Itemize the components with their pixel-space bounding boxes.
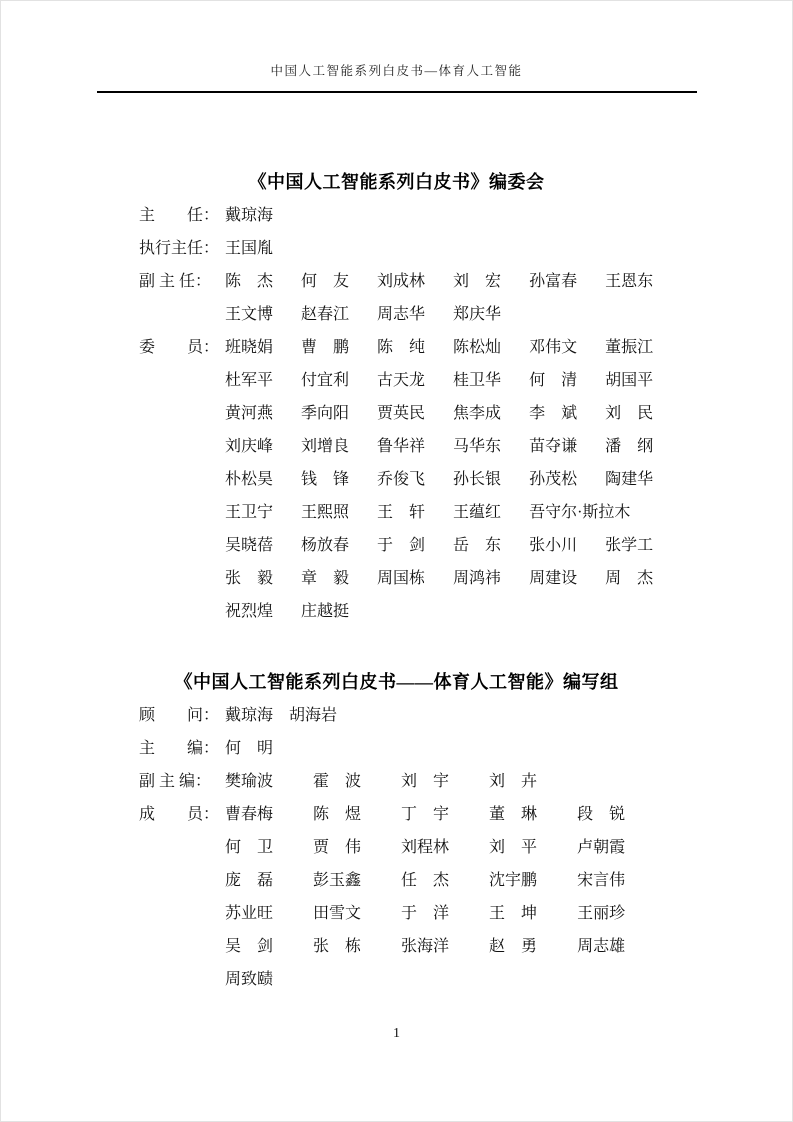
member-name: 周建设 — [529, 562, 577, 595]
name-line: 班晓娟曹 鹏陈 纯陈松灿邓伟文董振江 — [225, 331, 653, 364]
member-name: 周国栋 — [377, 562, 425, 595]
member-name: 黄河燕 — [225, 397, 273, 430]
member-name: 马华东 — [453, 430, 501, 463]
committee-row: 主 任：戴琼海 — [139, 199, 733, 232]
committee-row: 执行主任：王国胤 — [139, 232, 733, 265]
row-name-lines: 戴琼海胡海岩 — [225, 699, 337, 732]
member-name: 杜军平 — [225, 364, 273, 397]
committee-row: 委 员：班晓娟曹 鹏陈 纯陈松灿邓伟文董振江杜军平付宜利古天龙桂卫华何 清胡国平… — [139, 331, 733, 628]
member-name: 张 栋 — [313, 930, 361, 963]
member-name: 赵春江 — [301, 298, 349, 331]
row-name-lines: 戴琼海 — [225, 199, 273, 232]
member-name: 桂卫华 — [453, 364, 501, 397]
member-name: 贾 伟 — [313, 831, 361, 864]
member-name: 钱 锋 — [301, 463, 349, 496]
member-name: 王熙照 — [301, 496, 349, 529]
member-name: 杨放春 — [301, 529, 349, 562]
member-name: 胡国平 — [605, 364, 653, 397]
member-name: 章 毅 — [301, 562, 349, 595]
member-name: 王丽珍 — [577, 897, 625, 930]
member-name: 郑庆华 — [453, 298, 501, 331]
member-name: 陶建华 — [605, 463, 653, 496]
name-line: 王卫宁王熙照王 轩王蕴红吾守尔·斯拉木 — [225, 496, 653, 529]
member-name: 田雪文 — [313, 897, 361, 930]
member-name: 段 锐 — [577, 798, 625, 831]
member-name: 董 琳 — [489, 798, 537, 831]
member-name: 鲁华祥 — [377, 430, 425, 463]
member-name: 戴琼海 — [225, 699, 273, 732]
name-line: 何 明 — [225, 732, 273, 765]
writing-group-rows: 顾 问：戴琼海胡海岩主 编：何 明副 主 编：樊瑜波霍 波刘 宇刘 卉成 员：曹… — [139, 699, 733, 996]
member-name: 孙长银 — [453, 463, 501, 496]
member-name: 陈 杰 — [225, 265, 273, 298]
row-label: 委 员： — [139, 331, 225, 364]
member-name: 周志华 — [377, 298, 425, 331]
member-name: 刘 宏 — [453, 265, 501, 298]
member-name: 戴琼海 — [225, 199, 273, 232]
member-name: 张海洋 — [401, 930, 449, 963]
member-name: 霍 波 — [313, 765, 361, 798]
member-name: 苗夺谦 — [529, 430, 577, 463]
member-name: 张 毅 — [225, 562, 273, 595]
member-name: 董振江 — [605, 331, 653, 364]
name-line: 周致赜 — [225, 963, 625, 996]
name-line: 黄河燕季向阳贾英民焦李成李 斌刘 民 — [225, 397, 653, 430]
member-name: 陈 煜 — [313, 798, 361, 831]
member-name: 周志雄 — [577, 930, 625, 963]
member-name: 曹 鹏 — [301, 331, 349, 364]
member-name: 何 友 — [301, 265, 349, 298]
member-name: 陈 纯 — [377, 331, 425, 364]
member-name: 潘 纲 — [605, 430, 653, 463]
running-header: 中国人工智能系列白皮书—体育人工智能 — [0, 61, 793, 79]
member-name: 于 剑 — [377, 529, 425, 562]
member-name: 卢朝霞 — [577, 831, 625, 864]
member-name: 何 清 — [529, 364, 577, 397]
member-name: 刘 民 — [605, 397, 653, 430]
member-name: 陈松灿 — [453, 331, 501, 364]
row-name-lines: 樊瑜波霍 波刘 宇刘 卉 — [225, 765, 537, 798]
member-name: 樊瑜波 — [225, 765, 273, 798]
name-line: 戴琼海 — [225, 199, 273, 232]
member-name: 宋言伟 — [577, 864, 625, 897]
member-name: 任 杰 — [401, 864, 449, 897]
row-name-lines: 陈 杰何 友刘成林刘 宏孙富春王恩东王文博赵春江周志华郑庆华 — [225, 265, 653, 331]
committee-rows: 主 任：戴琼海执行主任：王国胤副 主 任：陈 杰何 友刘成林刘 宏孙富春王恩东王… — [139, 199, 733, 628]
member-name: 张小川 — [529, 529, 577, 562]
row-label: 成 员： — [139, 798, 225, 831]
name-line: 王国胤 — [225, 232, 273, 265]
member-name: 朴松昊 — [225, 463, 273, 496]
committee-row: 主 编：何 明 — [139, 732, 733, 765]
member-name: 刘 平 — [489, 831, 537, 864]
row-name-lines: 曹春梅陈 煜丁 宇董 琳段 锐何 卫贾 伟刘程林刘 平卢朝霞庞 磊彭玉鑫任 杰沈… — [225, 798, 625, 996]
name-line: 戴琼海胡海岩 — [225, 699, 337, 732]
member-name: 胡海岩 — [289, 699, 337, 732]
committee-row: 成 员：曹春梅陈 煜丁 宇董 琳段 锐何 卫贾 伟刘程林刘 平卢朝霞庞 磊彭玉鑫… — [139, 798, 733, 996]
member-name: 何 卫 — [225, 831, 273, 864]
name-line: 何 卫贾 伟刘程林刘 平卢朝霞 — [225, 831, 625, 864]
committee-row: 副 主 编：樊瑜波霍 波刘 宇刘 卉 — [139, 765, 733, 798]
member-name: 孙富春 — [529, 265, 577, 298]
member-name: 王文博 — [225, 298, 273, 331]
member-name: 周 杰 — [605, 562, 653, 595]
member-name: 岳 东 — [453, 529, 501, 562]
member-name: 王 轩 — [377, 496, 425, 529]
member-name: 刘 卉 — [489, 765, 537, 798]
row-label: 主 编： — [139, 732, 225, 765]
page-number: 1 — [0, 1026, 793, 1042]
document-page: 中国人工智能系列白皮书—体育人工智能 《中国人工智能系列白皮书》编委会 主 任：… — [0, 0, 793, 1122]
member-name: 季向阳 — [301, 397, 349, 430]
member-name: 沈宇鹏 — [489, 864, 537, 897]
row-name-lines: 班晓娟曹 鹏陈 纯陈松灿邓伟文董振江杜军平付宜利古天龙桂卫华何 清胡国平黄河燕季… — [225, 331, 653, 628]
member-name: 贾英民 — [377, 397, 425, 430]
name-line: 朴松昊钱 锋乔俊飞孙长银孙茂松陶建华 — [225, 463, 653, 496]
committee-title: 《中国人工智能系列白皮书》编委会 — [0, 168, 793, 194]
member-name: 刘程林 — [401, 831, 449, 864]
member-name: 周致赜 — [225, 963, 273, 996]
row-label: 执行主任： — [139, 232, 225, 265]
member-name: 王卫宁 — [225, 496, 273, 529]
member-name: 刘 宇 — [401, 765, 449, 798]
member-name: 王国胤 — [225, 232, 273, 265]
name-line: 苏业旺田雪文于 洋王 坤王丽珍 — [225, 897, 625, 930]
member-name: 孙茂松 — [529, 463, 577, 496]
member-name: 焦李成 — [453, 397, 501, 430]
member-name: 祝烈煌 — [225, 595, 273, 628]
member-name: 庞 磊 — [225, 864, 273, 897]
name-line: 吴 剑张 栋张海洋赵 勇周志雄 — [225, 930, 625, 963]
member-name: 彭玉鑫 — [313, 864, 361, 897]
member-name: 刘成林 — [377, 265, 425, 298]
member-name: 吴晓蓓 — [225, 529, 273, 562]
member-name: 乔俊飞 — [377, 463, 425, 496]
member-name: 班晓娟 — [225, 331, 273, 364]
row-label: 顾 问： — [139, 699, 225, 732]
member-name: 吾守尔·斯拉木 — [529, 496, 630, 529]
member-name: 刘增良 — [301, 430, 349, 463]
row-label: 副 主 任： — [139, 265, 225, 298]
name-line: 杜军平付宜利古天龙桂卫华何 清胡国平 — [225, 364, 653, 397]
name-line: 张 毅章 毅周国栋周鸿祎周建设周 杰 — [225, 562, 653, 595]
name-line: 樊瑜波霍 波刘 宇刘 卉 — [225, 765, 537, 798]
member-name: 邓伟文 — [529, 331, 577, 364]
member-name: 李 斌 — [529, 397, 577, 430]
row-name-lines: 王国胤 — [225, 232, 273, 265]
member-name: 刘庆峰 — [225, 430, 273, 463]
committee-row: 副 主 任：陈 杰何 友刘成林刘 宏孙富春王恩东王文博赵春江周志华郑庆华 — [139, 265, 733, 331]
row-label: 主 任： — [139, 199, 225, 232]
member-name: 何 明 — [225, 732, 273, 765]
row-label: 副 主 编： — [139, 765, 225, 798]
member-name: 王 坤 — [489, 897, 537, 930]
committee-row: 顾 问：戴琼海胡海岩 — [139, 699, 733, 732]
member-name: 丁 宇 — [401, 798, 449, 831]
row-name-lines: 何 明 — [225, 732, 273, 765]
member-name: 古天龙 — [377, 364, 425, 397]
member-name: 张学工 — [605, 529, 653, 562]
member-name: 王蕴红 — [453, 496, 501, 529]
name-line: 吴晓蓓杨放春于 剑岳 东张小川张学工 — [225, 529, 653, 562]
name-line: 刘庆峰刘增良鲁华祥马华东苗夺谦潘 纲 — [225, 430, 653, 463]
name-line: 曹春梅陈 煜丁 宇董 琳段 锐 — [225, 798, 625, 831]
member-name: 付宜利 — [301, 364, 349, 397]
name-line: 王文博赵春江周志华郑庆华 — [225, 298, 653, 331]
member-name: 曹春梅 — [225, 798, 273, 831]
writing-group-title: 《中国人工智能系列白皮书——体育人工智能》编写组 — [0, 668, 793, 694]
member-name: 于 洋 — [401, 897, 449, 930]
name-line: 祝烈煌庄越挺 — [225, 595, 653, 628]
member-name: 庄越挺 — [301, 595, 349, 628]
member-name: 王恩东 — [605, 265, 653, 298]
header-rule — [97, 91, 697, 93]
member-name: 赵 勇 — [489, 930, 537, 963]
name-line: 庞 磊彭玉鑫任 杰沈宇鹏宋言伟 — [225, 864, 625, 897]
member-name: 周鸿祎 — [453, 562, 501, 595]
name-line: 陈 杰何 友刘成林刘 宏孙富春王恩东 — [225, 265, 653, 298]
member-name: 吴 剑 — [225, 930, 273, 963]
member-name: 苏业旺 — [225, 897, 273, 930]
